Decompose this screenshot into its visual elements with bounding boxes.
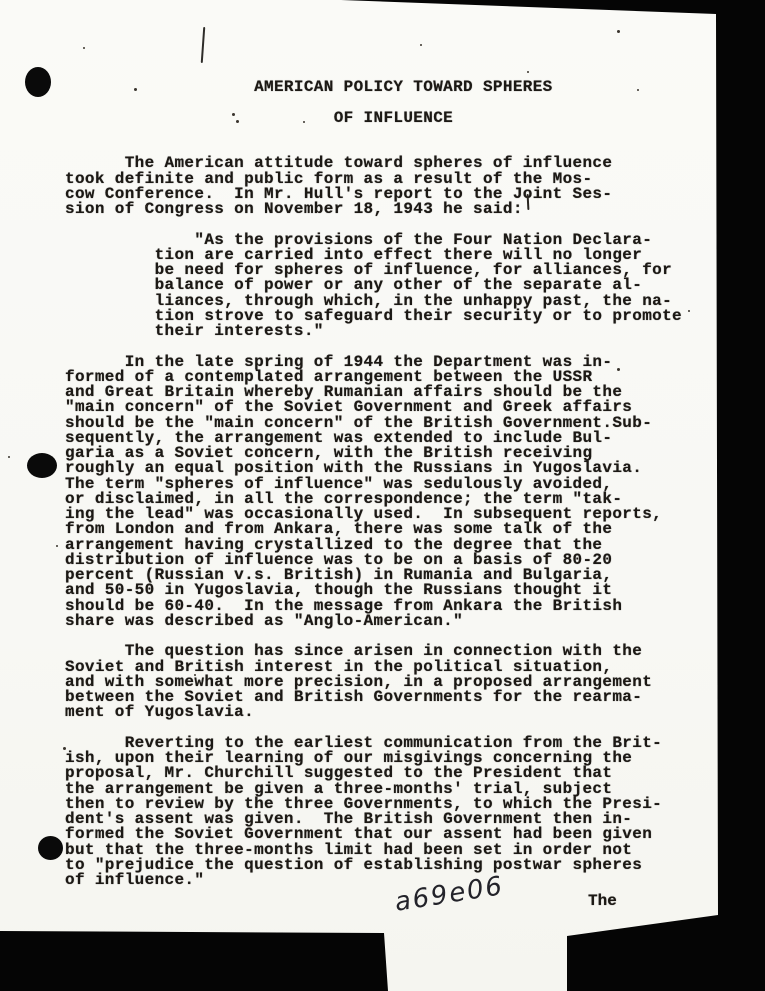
catchword-the: The <box>588 892 617 910</box>
ink-speck <box>527 71 529 73</box>
scan-background: AMERICAN POLICY TOWARD SPHERES OF INFLUE… <box>0 0 765 991</box>
hole-punch <box>27 453 57 478</box>
ink-speck <box>236 120 239 123</box>
ink-speck <box>420 44 422 46</box>
ink-speck <box>232 113 235 116</box>
ink-speck <box>194 674 196 676</box>
typewritten-text: AMERICAN POLICY TOWARD SPHERES OF INFLUE… <box>65 80 682 888</box>
ink-speck <box>134 88 137 91</box>
ink-speck <box>83 47 85 49</box>
ink-speck <box>63 747 66 750</box>
hole-punch <box>38 836 63 860</box>
pen-stroke-mark <box>201 27 206 63</box>
ink-speck <box>637 89 639 91</box>
ink-speck <box>303 121 305 123</box>
hole-punch <box>25 67 51 97</box>
ink-speck <box>8 456 10 458</box>
document-page: AMERICAN POLICY TOWARD SPHERES OF INFLUE… <box>0 0 765 991</box>
ink-speck <box>145 205 147 207</box>
ink-speck <box>688 310 690 312</box>
ink-speck <box>617 30 620 33</box>
ink-speck <box>617 368 620 371</box>
ink-speck <box>56 545 58 547</box>
